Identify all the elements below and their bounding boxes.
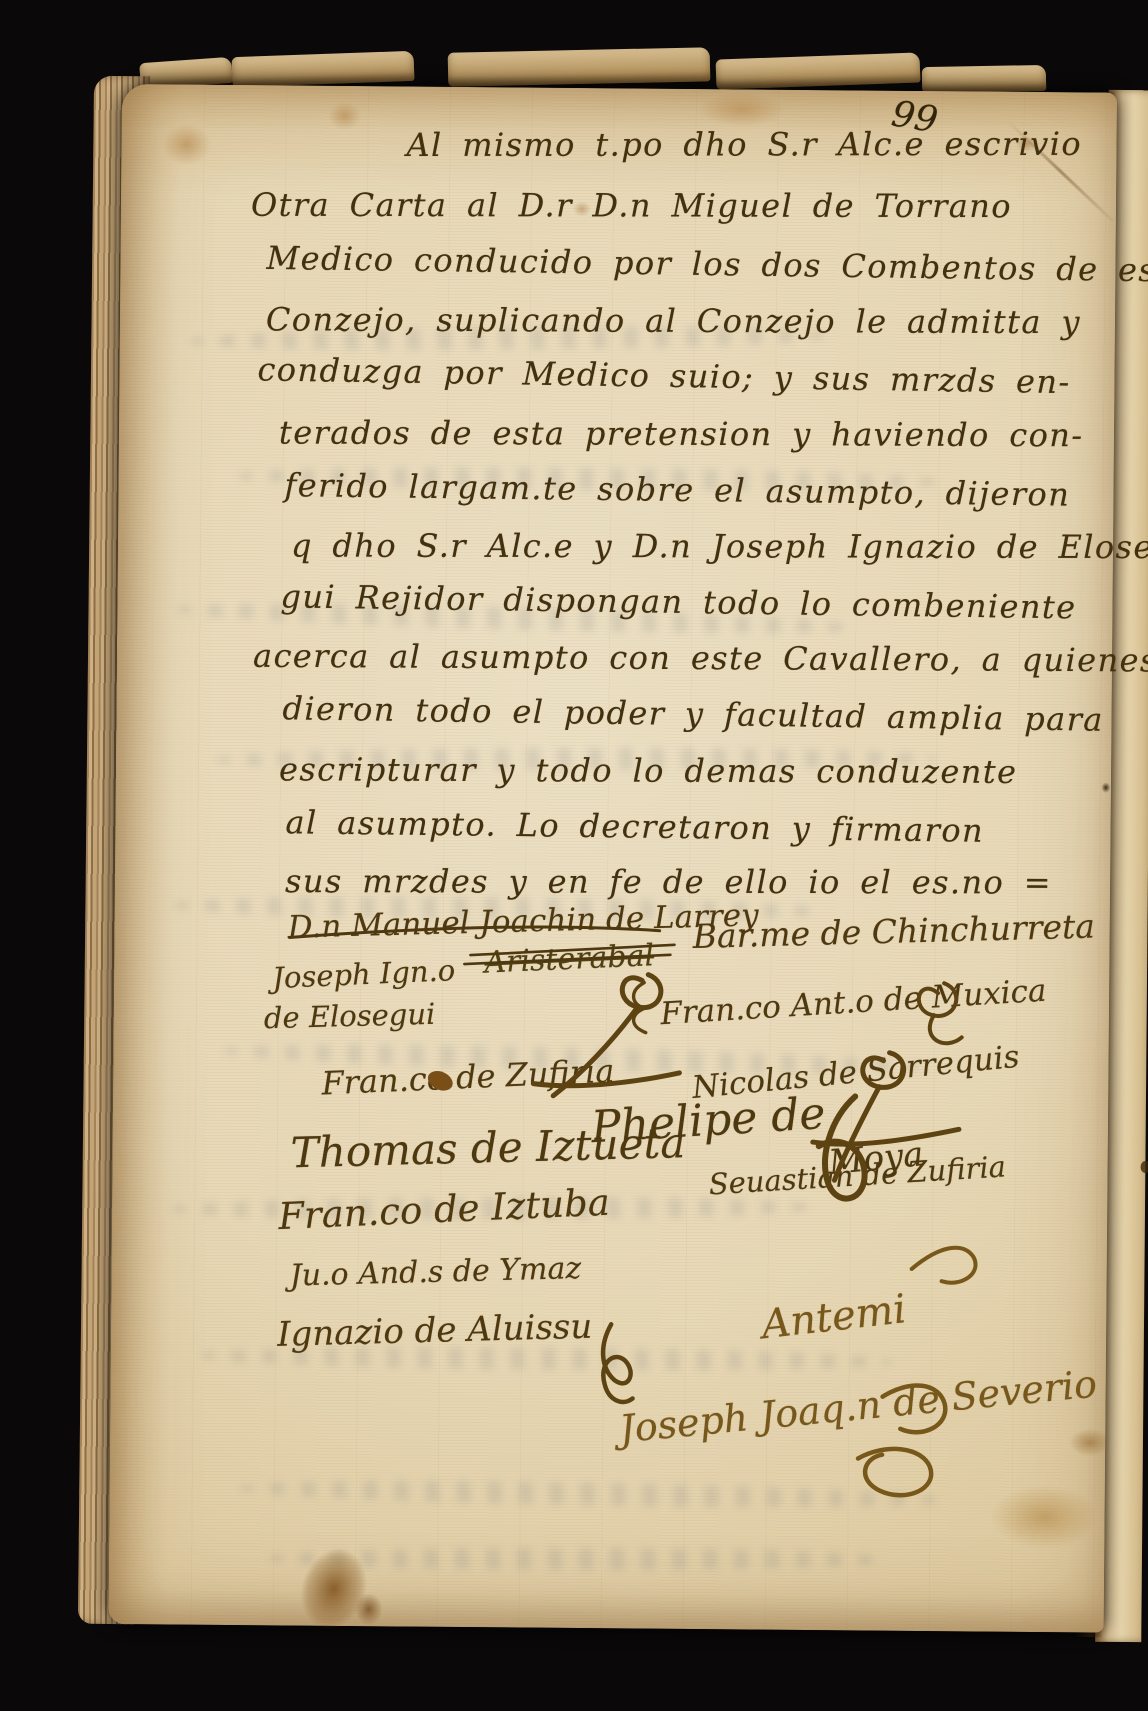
manuscript-page: 99 Al mismo t.po dho S.r Alc.e escrivio … (109, 84, 1117, 1633)
torn-page-stub (716, 52, 921, 89)
signature-elosegui-line2: de Elosegui (263, 997, 435, 1035)
manuscript-line: conduzga por Medico suio; y sus mrzds en… (257, 350, 1071, 401)
signature-iztuba: Fran.co de Iztuba (277, 1181, 610, 1238)
manuscript-line: acerca al asumpto con este Cavallero, a … (253, 637, 1148, 680)
rubric-flourish (912, 1247, 976, 1283)
crossed-out-name: Aristerabal (484, 938, 655, 980)
torn-page-stub (922, 65, 1046, 93)
manuscript-line: al asumpto. Lo decretaron y firmaron (285, 803, 984, 850)
stain (322, 96, 368, 136)
manuscript-line: Conzejo, suplicando al Conzejo le admitt… (266, 300, 1081, 341)
signature-muxica: Fran.co Ant.o de Muxica (659, 973, 1047, 1033)
manuscript-line: q dho S.r Alc.e y D.n Joseph Ignazio de … (291, 527, 1148, 567)
manuscript-line: terados de esta pretension y haviendo co… (279, 413, 1084, 454)
ante-mi-mark: Antemi (759, 1286, 908, 1348)
worm-hole (1100, 781, 1112, 795)
manuscript-line: dieron todo el poder y facultad amplia p… (282, 689, 1104, 738)
manuscript-line: sus mrzdes y en fe de ello io el es.no = (285, 862, 1052, 901)
manuscript-line: escripturar y todo lo demas conduzente (279, 750, 1017, 791)
manuscript-line: ferido largam.te sobre el asumpto, dijer… (284, 466, 1070, 514)
ghost-bleedthrough (240, 1477, 940, 1511)
signature-phelipe: Phelipe de (590, 1088, 827, 1153)
ghost-bleedthrough (269, 1548, 889, 1571)
stain (969, 1471, 1120, 1562)
signature-ymaz: Ju.o And.s de Ymaz (289, 1251, 581, 1294)
photo-background: 99 Al mismo t.po dho S.r Alc.e escrivio … (0, 0, 1148, 1711)
manuscript-line: Medico conducido por los dos Combentos d… (266, 239, 1148, 290)
torn-page-stub (448, 47, 711, 86)
stain (348, 1586, 388, 1632)
signature-aluissu: Ignazio de Aluissu (277, 1307, 593, 1355)
signature-severio: Joseph Joaq.n de Severio (617, 1362, 1098, 1452)
stain (151, 114, 222, 175)
torn-page-stub (232, 51, 415, 87)
manuscript-line: Otra Carta al D.r D.n Miguel de Torrano (251, 186, 1012, 225)
stain (276, 1523, 392, 1655)
rubric-flourish (633, 982, 646, 1032)
manuscript-line: Al mismo t.po dho S.r Alc.e escrivio (406, 125, 1082, 164)
signature-elosegui-line1: Joseph Ign.o (272, 953, 456, 995)
